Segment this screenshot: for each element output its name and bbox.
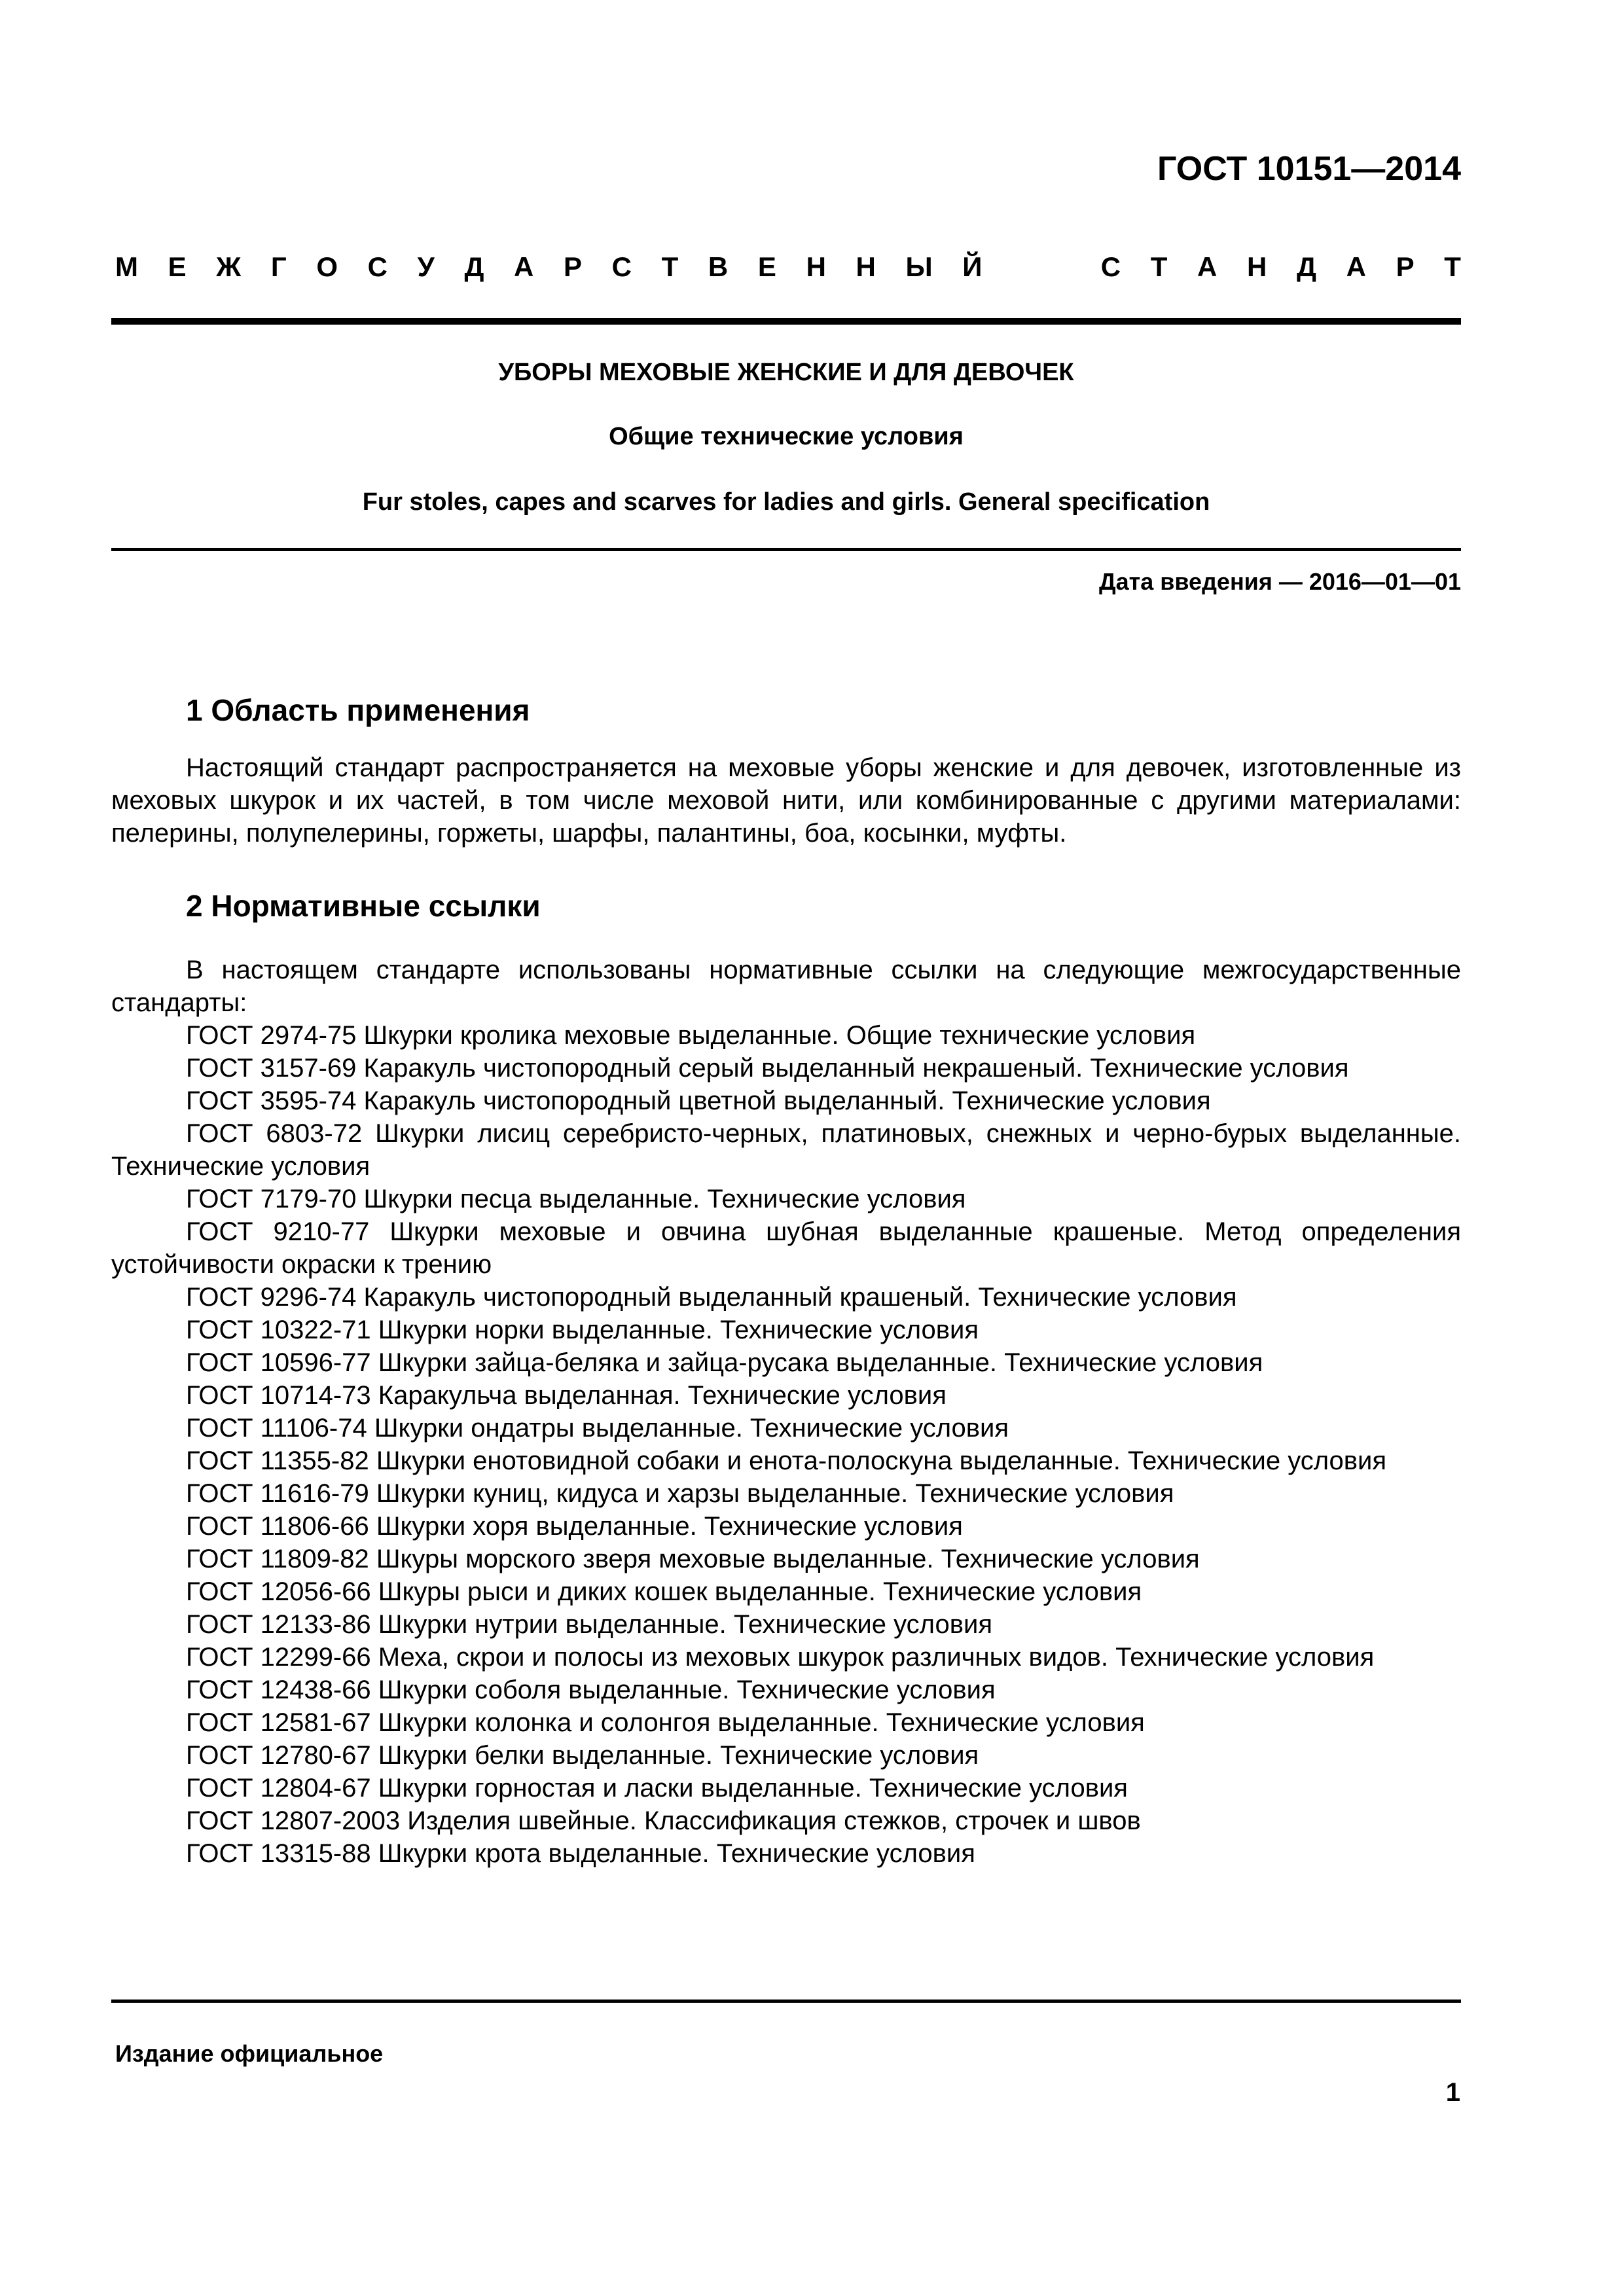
reference-item: ГОСТ 11106-74 Шкурки ондатры выделанные.… xyxy=(111,1412,1461,1444)
reference-item: ГОСТ 12807-2003 Изделия швейные. Классиф… xyxy=(111,1804,1461,1837)
standard-type-letter: Е xyxy=(168,251,187,283)
standard-type-letter: С xyxy=(1101,251,1121,283)
standard-type-letter: Т xyxy=(1151,251,1168,283)
reference-item: ГОСТ 11616-79 Шкурки куниц, кидуса и хар… xyxy=(111,1477,1461,1510)
standard-type-letter: Н xyxy=(1247,251,1267,283)
footer-rule xyxy=(111,2000,1461,2003)
normative-references-intro: В настоящем стандарте использованы норма… xyxy=(111,954,1461,1019)
reference-item: ГОСТ 12804-67 Шкурки горностая и ласки в… xyxy=(111,1772,1461,1804)
page-number: 1 xyxy=(1446,2078,1460,2108)
standard-type-letter: А xyxy=(514,251,533,283)
standard-type-letter: М xyxy=(115,251,138,283)
header-rule-thick xyxy=(111,318,1461,325)
document-subtitle-ru: Общие технические условия xyxy=(111,423,1461,451)
standard-type-letter: Д xyxy=(1297,251,1316,283)
standard-type-letter: С xyxy=(368,251,388,283)
standard-type-letter: Й xyxy=(962,251,982,283)
reference-item: ГОСТ 12438-66 Шкурки соболя выделанные. … xyxy=(111,1674,1461,1706)
standard-type-heading: МЕЖГОСУДАРСТВЕННЫЙСТАНДАРТ xyxy=(115,251,1461,283)
introduction-date: Дата введения — 2016—01—01 xyxy=(1099,568,1461,596)
section-heading-scope: 1 Область применения xyxy=(186,692,530,728)
standard-type-letter: Р xyxy=(1396,251,1415,283)
standard-type-letter: А xyxy=(1197,251,1217,283)
standard-type-letter: С xyxy=(612,251,632,283)
reference-item: ГОСТ 9210-77 Шкурки меховые и овчина шуб… xyxy=(111,1215,1461,1281)
document-title-en: Fur stoles, capes and scarves for ladies… xyxy=(111,488,1461,516)
edition-label: Издание официальное xyxy=(115,2040,383,2068)
reference-item: ГОСТ 12133-86 Шкурки нутрии выделанные. … xyxy=(111,1608,1461,1641)
standard-type-letter: Ж xyxy=(216,251,241,283)
reference-item: ГОСТ 2974-75 Шкурки кролика меховые выде… xyxy=(111,1019,1461,1052)
title-rule xyxy=(111,548,1461,551)
reference-item: ГОСТ 3595-74 Каракуль чистопородный цвет… xyxy=(111,1085,1461,1117)
document-title-ru: УБОРЫ МЕХОВЫЕ ЖЕНСКИЕ И ДЛЯ ДЕВОЧЕК xyxy=(111,359,1461,387)
reference-item: ГОСТ 11806-66 Шкурки хоря выделанные. Те… xyxy=(111,1510,1461,1543)
reference-item: ГОСТ 10596-77 Шкурки зайца-беляка и зайц… xyxy=(111,1346,1461,1379)
document-code: ГОСТ 10151—2014 xyxy=(1157,149,1461,188)
standard-type-letter: Д xyxy=(464,251,484,283)
normative-references-list: ГОСТ 2974-75 Шкурки кролика меховые выде… xyxy=(111,1019,1461,1870)
reference-item: ГОСТ 12581-67 Шкурки колонка и солонгоя … xyxy=(111,1706,1461,1739)
reference-item: ГОСТ 12780-67 Шкурки белки выделанные. Т… xyxy=(111,1739,1461,1772)
standard-type-letter: Е xyxy=(758,251,776,283)
standard-type-letter: Т xyxy=(1444,251,1461,283)
reference-item: ГОСТ 6803-72 Шкурки лисиц серебристо-чер… xyxy=(111,1117,1461,1183)
standard-type-letter: О xyxy=(316,251,338,283)
reference-item: ГОСТ 10322-71 Шкурки норки выделанные. Т… xyxy=(111,1314,1461,1346)
reference-item: ГОСТ 12056-66 Шкуры рыси и диких кошек в… xyxy=(111,1575,1461,1608)
standard-type-letter: Ы xyxy=(906,251,933,283)
section-heading-normative-references: 2 Нормативные ссылки xyxy=(186,888,541,924)
reference-item: ГОСТ 10714-73 Каракульча выделанная. Тех… xyxy=(111,1379,1461,1412)
reference-item: ГОСТ 11355-82 Шкурки енотовидной собаки … xyxy=(111,1444,1461,1477)
reference-item: ГОСТ 9296-74 Каракуль чистопородный выде… xyxy=(111,1281,1461,1314)
standard-type-letter: Г xyxy=(271,251,287,283)
standard-type-letter: А xyxy=(1346,251,1366,283)
reference-item: ГОСТ 3157-69 Каракуль чистопородный серы… xyxy=(111,1052,1461,1085)
standard-type-letter: Т xyxy=(662,251,679,283)
reference-item: ГОСТ 12299-66 Меха, скрои и полосы из ме… xyxy=(111,1641,1461,1674)
reference-item: ГОСТ 13315-88 Шкурки крота выделанные. Т… xyxy=(111,1837,1461,1870)
standard-type-letter: Н xyxy=(806,251,826,283)
reference-item: ГОСТ 7179-70 Шкурки песца выделанные. Те… xyxy=(111,1183,1461,1215)
standard-type-letter: У xyxy=(418,251,435,283)
standard-type-letter: В xyxy=(708,251,728,283)
standard-type-word-gap xyxy=(1012,251,1071,283)
standard-type-letter: Н xyxy=(856,251,876,283)
reference-item: ГОСТ 11809-82 Шкуры морского зверя мехов… xyxy=(111,1543,1461,1575)
standard-type-letter: Р xyxy=(564,251,582,283)
section-text-scope: Настоящий стандарт распространяется на м… xyxy=(111,751,1461,850)
